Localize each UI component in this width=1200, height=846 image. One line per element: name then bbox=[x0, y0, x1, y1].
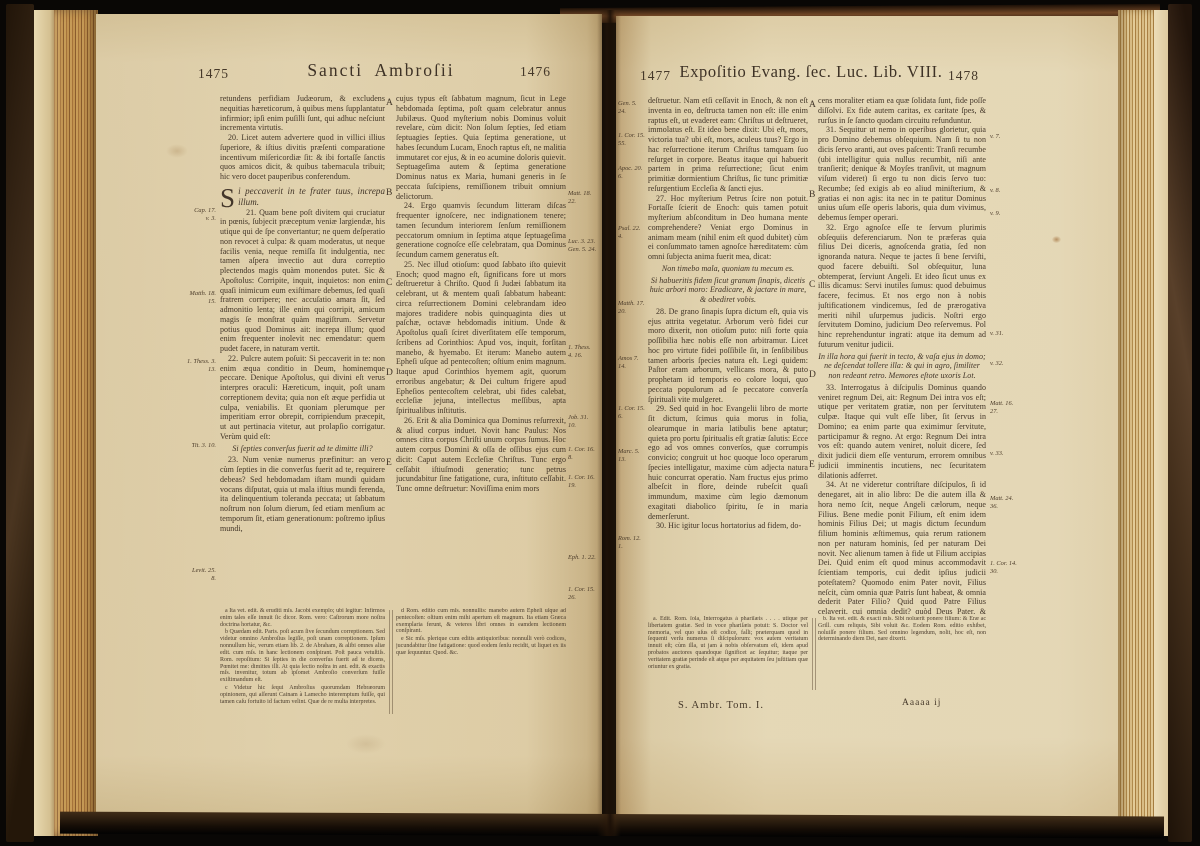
paragraph: Si habueritis fidem ſicut granum ſinapis… bbox=[648, 276, 808, 305]
margin-note: Cap. 17. v. 3. bbox=[124, 207, 216, 222]
page-number-1478: 1478 bbox=[948, 68, 979, 84]
column-letter: C bbox=[386, 278, 392, 288]
margin-note: Eph. 1. 22. bbox=[568, 554, 600, 562]
right-page: 1477 Expoſitio Evang. ſec. Luc. Lib. VII… bbox=[616, 16, 1118, 818]
margin-note: Matt. 16. 27. bbox=[990, 400, 1036, 415]
footnote: a Ita vet. edit. & eruditi mſs. Jacobi e… bbox=[220, 608, 385, 628]
right-page-inner-margin-notes: Gen. 5. 24.1. Cor. 15. 55.Apoc. 20. 6.Ps… bbox=[618, 16, 648, 818]
column-letter: B bbox=[386, 188, 392, 198]
margin-note: Job. 31. 10. bbox=[568, 414, 600, 429]
margin-note: 1. Thess. 3. 13. bbox=[124, 358, 216, 373]
paragraph: Si peccaverit in te frater tuus, increpa… bbox=[220, 186, 385, 208]
right-page-outer-margin-notes: v. 7.v. 8.v. 9.v. 31.v. 32.Matt. 16. 27.… bbox=[990, 16, 1036, 818]
paragraph: 27. Hoc myſterium Petrus ſcire non potui… bbox=[648, 194, 808, 262]
margin-note: v. 9. bbox=[990, 210, 1036, 218]
margin-note: v. 31. bbox=[990, 330, 1036, 338]
paragraph: 22. Pulcre autem poſuit: Si peccaverit i… bbox=[220, 354, 385, 442]
margin-note: Tit. 3. 10. bbox=[124, 442, 216, 450]
page-number-1476: 1476 bbox=[520, 64, 551, 80]
margin-note: Rom. 12. 1. bbox=[618, 535, 648, 550]
paragraph: cens moraliter etiam ea quæ ſolidata ſun… bbox=[818, 96, 986, 125]
footnote: b. Ita vet. edit. & exacti mſs. Sibi nol… bbox=[818, 616, 986, 643]
paragraph: retundens perfidiam Judæorum, & excluden… bbox=[220, 94, 385, 133]
margin-note: 1. Cor. 16. 19. bbox=[568, 474, 600, 489]
paragraph: 20. Licet autem advertere quod in villic… bbox=[220, 133, 385, 182]
paragraph: 29. Sed quid in hoc Evangelii libro de m… bbox=[648, 404, 808, 521]
paragraph: 21. Quam bene poſt divitem qui cruciatur… bbox=[220, 208, 385, 354]
right-fore-edge bbox=[1118, 10, 1154, 836]
paragraph: In illa hora qui fuerit in tecto, & vaſa… bbox=[818, 352, 986, 381]
left-book-cover-edge bbox=[6, 4, 34, 842]
column-letter: C bbox=[809, 280, 815, 290]
footnote: a. Edit. Rom. ſola, Interrogatus à phari… bbox=[648, 616, 808, 671]
paragraph: 28. De grano ſinapis ſupra dictum eſt, q… bbox=[648, 307, 808, 405]
paragraph: 33. Interrogatus à diſcipulis Dominus qu… bbox=[818, 383, 986, 481]
tome-footer: S. Ambr. Tom. I. bbox=[678, 700, 764, 711]
margin-note: 1. Cor. 15. 55. bbox=[618, 132, 648, 147]
left-page-outer-margin-notes: Cap. 17. v. 3.Matth. 18. 15.1. Thess. 3.… bbox=[124, 14, 216, 820]
column-letter: E bbox=[809, 460, 815, 470]
footnote-divider bbox=[812, 618, 816, 690]
margin-note: Psal. 22. 4. bbox=[618, 225, 648, 240]
margin-note: 1. Cor. 15. 26. bbox=[568, 586, 600, 601]
running-title-right: Expoſitio Evang. ſec. Luc. Lib. VIII. bbox=[674, 62, 948, 82]
margin-note: v. 32. bbox=[990, 360, 1036, 368]
paragraph: 32. Ergo agnoſce eſſe te ſervum plurimis… bbox=[818, 223, 986, 350]
foxing-stain bbox=[1052, 236, 1061, 243]
margin-note: Matth. 17. 20. bbox=[618, 300, 648, 315]
margin-note: Marc. 5. 13. bbox=[618, 448, 648, 463]
footnote: c Videtur hic ſequi Ambroſius quorumdam … bbox=[220, 685, 385, 705]
left-fore-edge bbox=[54, 10, 98, 836]
gathering-signature: Aaaaa ij bbox=[902, 698, 941, 708]
left-page-block-edge bbox=[34, 10, 54, 836]
right-page-column-2: cens moraliter etiam ea quæ ſolidata ſun… bbox=[818, 96, 986, 614]
margin-note: Gen. 5. 24. bbox=[618, 100, 648, 115]
margin-note: v. 7. bbox=[990, 133, 1036, 141]
paragraph: 24. Ergo quamvis ſecundum litteram diſca… bbox=[396, 201, 566, 260]
footnote: e Sic mſs. plerique cum editis antiquior… bbox=[396, 636, 566, 656]
right-book-cover-edge bbox=[1168, 4, 1192, 842]
running-title-left: Sancti Ambroſii bbox=[246, 60, 516, 81]
paragraph: 26. Erit & alia Dominica qua Dominus reſ… bbox=[396, 416, 566, 494]
left-page-footnotes-2: d Rom. editio cum mſs. nonnullis: manebo… bbox=[396, 608, 566, 720]
paragraph: 30. Hic igitur locus hortatorius ad fide… bbox=[648, 521, 808, 531]
margin-note: 1. Cor. 16. 8. bbox=[568, 446, 600, 461]
left-page: 1475 Sancti Ambroſii 1476 Cap. 17. v. 3.… bbox=[96, 14, 602, 820]
footnote-divider bbox=[389, 610, 393, 714]
paragraph: Si ſepties converſus fuerit ad te dimitt… bbox=[220, 444, 385, 454]
column-letter: D bbox=[809, 370, 816, 380]
margin-note: Apoc. 20. 6. bbox=[618, 165, 648, 180]
paragraph: 25. Nec illud otioſum: quod ſabbato iſto… bbox=[396, 260, 566, 416]
foxing-stain bbox=[346, 734, 386, 754]
left-page-inner-margin-notes: Matt. 18. 22.Luc. 3. 23. Gen. 5. 24.1. T… bbox=[568, 14, 600, 820]
left-page-footnotes-1: a Ita vet. edit. & eruditi mſs. Jacobi e… bbox=[220, 608, 385, 720]
right-page-column-1: deſtruetur. Nam etſi ceſſavit in Enoch, … bbox=[648, 96, 808, 614]
column-letter: D bbox=[386, 368, 393, 378]
left-page-column-2: cujus typus eſt ſabbatum magnum, ſicut i… bbox=[396, 94, 566, 606]
paragraph: Non timebo mala, quoniam tu mecum es. bbox=[648, 264, 808, 274]
column-letter: B bbox=[809, 190, 815, 200]
right-page-footnotes-1: a. Edit. Rom. ſola, Interrogatus à phari… bbox=[648, 616, 808, 694]
footnote: b Quædam edit. Paris. poſt acum ſive ſec… bbox=[220, 629, 385, 684]
margin-note: v. 33. bbox=[990, 450, 1036, 458]
margin-note: Levit. 25. 8. bbox=[124, 567, 216, 582]
paragraph: 34. At ne videretur contriſtare diſcipul… bbox=[818, 480, 986, 614]
left-page-column-1: retundens perfidiam Judæorum, & excluden… bbox=[220, 94, 385, 606]
margin-note: Luc. 3. 23. Gen. 5. 24. bbox=[568, 238, 600, 253]
paragraph: deſtruetur. Nam etſi ceſſavit in Enoch, … bbox=[648, 96, 808, 194]
gutter-shadow bbox=[597, 10, 621, 836]
margin-note: Amos 7. 14. bbox=[618, 355, 648, 370]
margin-note: Matt. 18. 22. bbox=[568, 190, 600, 205]
margin-note: Matth. 18. 15. bbox=[124, 290, 216, 305]
column-letter: A bbox=[809, 100, 816, 110]
right-page-footnotes-2: b. Ita vet. edit. & exacti mſs. Sibi nol… bbox=[818, 616, 986, 694]
margin-note: 1. Cor. 15. 6. bbox=[618, 405, 648, 420]
photo-of-open-book: 1475 Sancti Ambroſii 1476 Cap. 17. v. 3.… bbox=[0, 0, 1200, 846]
footnote: d Rom. editio cum mſs. nonnullis: manebo… bbox=[396, 608, 566, 635]
paragraph: 23. Num veniæ numerus præfinitur: an ver… bbox=[220, 455, 385, 533]
drop-cap: S bbox=[220, 186, 238, 209]
margin-note: Matt. 24. 36. bbox=[990, 495, 1036, 510]
margin-note: 1. Cor. 14. 30. bbox=[990, 560, 1036, 575]
margin-note: v. 8. bbox=[990, 187, 1036, 195]
paragraph: 31. Sequitur ut nemo in operibus gloriet… bbox=[818, 125, 986, 223]
paragraph: cujus typus eſt ſabbatum magnum, ſicut i… bbox=[396, 94, 566, 201]
margin-note: 1. Thess. 4. 16. bbox=[568, 344, 600, 359]
column-letter: E bbox=[386, 458, 392, 468]
column-letter: A bbox=[386, 98, 393, 108]
